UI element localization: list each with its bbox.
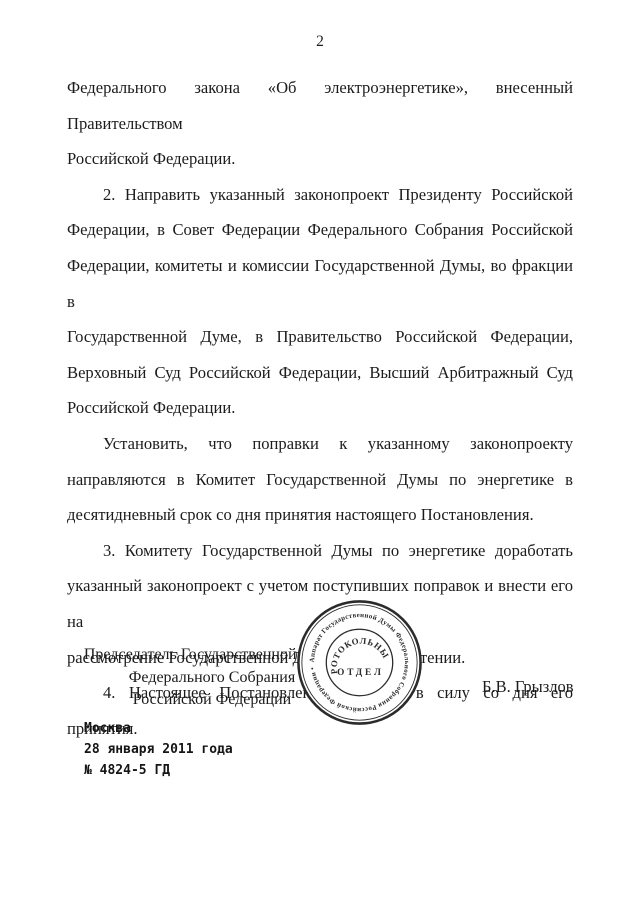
- text-line: Установить, что поправки к указанному за…: [67, 426, 573, 462]
- official-stamp: Аппарат Государственной Думы Федеральног…: [296, 599, 423, 726]
- text-line: Федерального закона «Об электроэнергетик…: [67, 70, 573, 141]
- text-line: Российской Федерации.: [67, 390, 573, 426]
- text-line: Государственной Думе, в Правительство Ро…: [67, 319, 573, 355]
- text-line: Федерации, комитеты и комиссии Государст…: [67, 248, 573, 319]
- paragraph: 2. Направить указанный законопроект През…: [67, 177, 573, 426]
- text-line: 3. Комитету Государственной Думы по энер…: [67, 533, 573, 569]
- footer-doc-number: № 4824-5 ГД: [84, 761, 233, 782]
- footer-date: 28 января 2011 года: [84, 740, 233, 761]
- document-page: 2 Федерального закона «Об электроэнергет…: [0, 0, 640, 905]
- page-number: 2: [0, 33, 640, 51]
- text-line: Российской Федерации.: [67, 141, 573, 177]
- footer-city: Москва: [84, 719, 233, 740]
- signatory-name: Б.В. Грызлов: [482, 677, 573, 697]
- stamp-outer-circle: [298, 601, 420, 723]
- text-line: направляются в Комитет Государственной Д…: [67, 462, 573, 498]
- stamp-department-label: ОТДЕЛ: [337, 668, 384, 678]
- paragraph: Федерального закона «Об электроэнергетик…: [67, 70, 573, 177]
- text-line: десятидневный срок со дня принятия насто…: [67, 497, 573, 533]
- text-line: 2. Направить указанный законопроект През…: [67, 177, 573, 213]
- footer-details: Москва 28 января 2011 года № 4824-5 ГД: [84, 719, 233, 781]
- text-line: Федерации, в Совет Федерации Федеральног…: [67, 212, 573, 248]
- text-line: Верховный Суд Российской Федерации, Высш…: [67, 355, 573, 391]
- paragraph: Установить, что поправки к указанному за…: [67, 426, 573, 533]
